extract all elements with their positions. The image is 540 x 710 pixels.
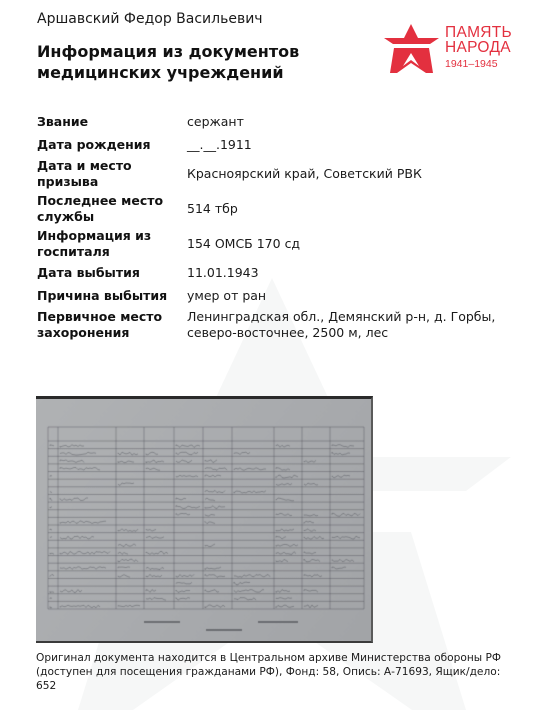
document-scan-image[interactable] <box>36 396 373 643</box>
info-row-departure-date: Дата выбытия 11.01.1943 <box>37 261 507 284</box>
info-row-departure-reason: Причина выбытия умер от ран <box>37 284 507 307</box>
info-value: 154 ОМСБ 170 сд <box>187 236 507 252</box>
info-row-conscription: Дата и место призыва Красноярский край, … <box>37 156 507 191</box>
info-value: сержант <box>187 114 507 130</box>
info-label: Дата рождения <box>37 137 187 153</box>
pamyat-naroda-logo[interactable]: ПАМЯТЬ НАРОДА 1941–1945 <box>383 22 523 78</box>
star-icon <box>383 22 441 76</box>
person-name: Аршавский Федор Васильевич <box>37 10 263 28</box>
archive-source-note: Оригинал документа находится в Центральн… <box>36 651 511 693</box>
info-value: __.__.1911 <box>187 137 507 153</box>
info-label: Первичное место захоронения <box>37 309 187 341</box>
info-table: Звание сержант Дата рождения __.__.1911 … <box>37 110 507 342</box>
logo-line-2: НАРОДА <box>445 40 512 55</box>
info-value: 514 тбр <box>187 201 507 217</box>
info-label: Дата выбытия <box>37 265 187 281</box>
info-value: Ленинградская обл., Демянский р-н, д. Го… <box>187 309 507 341</box>
logo-years: 1941–1945 <box>445 57 512 71</box>
logo-text: ПАМЯТЬ НАРОДА 1941–1945 <box>445 25 512 71</box>
info-row-last-service: Последнее место службы 514 тбр <box>37 191 507 226</box>
info-value: умер от ран <box>187 288 507 304</box>
info-value: Красноярский край, Советский РВК <box>187 166 507 182</box>
info-value: 11.01.1943 <box>187 265 507 281</box>
info-row-burial-place: Первичное место захоронения Ленинградска… <box>37 307 507 342</box>
info-label: Звание <box>37 114 187 130</box>
logo-line-1: ПАМЯТЬ <box>445 25 512 40</box>
page-title-line-2: медицинских учреждений <box>37 62 337 83</box>
info-label: Последнее место службы <box>37 193 187 225</box>
info-row-hospital: Информация из госпиталя 154 ОМСБ 170 сд <box>37 226 507 261</box>
info-row-rank: Звание сержант <box>37 110 507 133</box>
info-row-birth-date: Дата рождения __.__.1911 <box>37 133 507 156</box>
info-label: Дата и место призыва <box>37 158 187 190</box>
info-label: Информация из госпиталя <box>37 228 187 260</box>
page-title-line-1: Информация из документов <box>37 41 337 62</box>
info-label: Причина выбытия <box>37 288 187 304</box>
page: Аршавский Федор Васильевич Информация из… <box>0 0 540 710</box>
document-scan-canvas <box>36 399 371 641</box>
page-title: Информация из документов медицинских учр… <box>37 41 337 83</box>
